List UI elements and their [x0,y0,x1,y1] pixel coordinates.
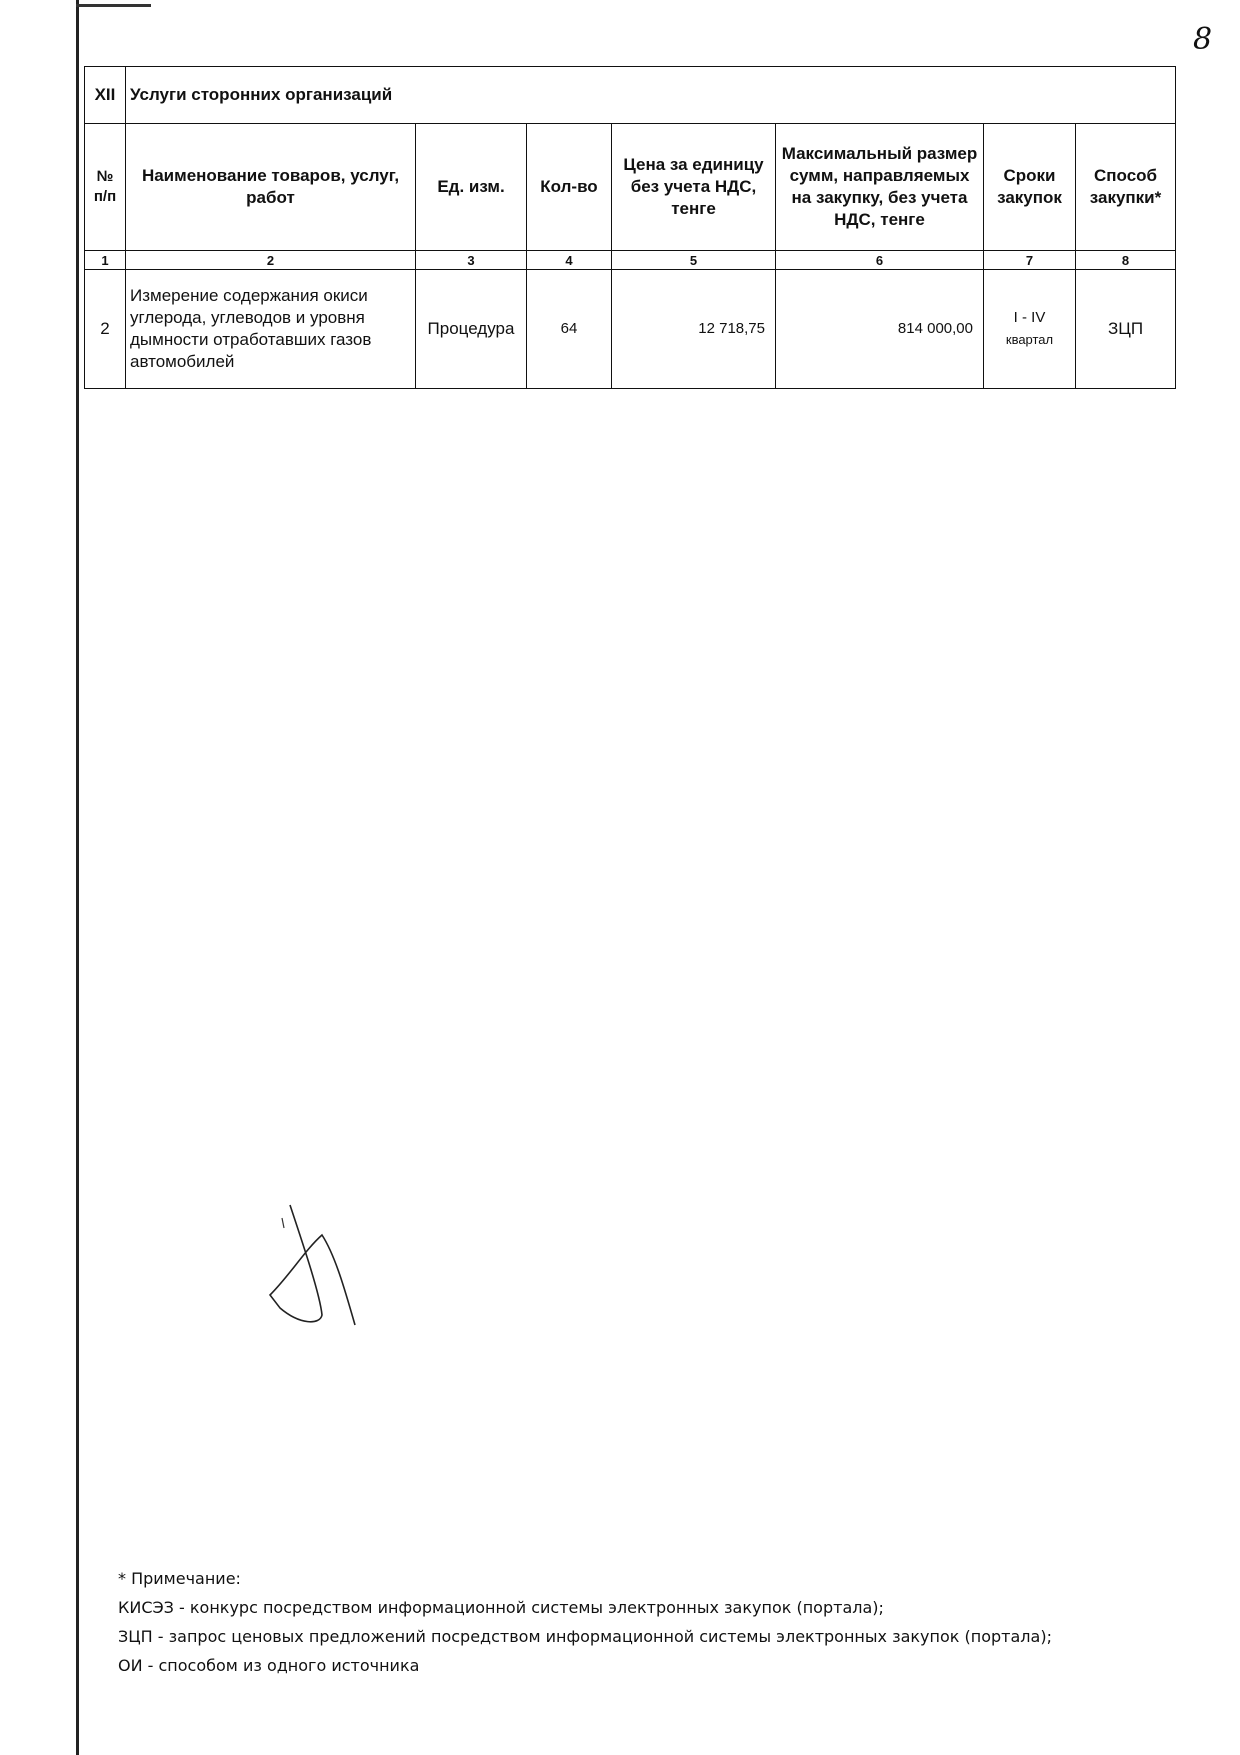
note-line: ЗЦП - запрос ценовых предложений посредс… [118,1622,1052,1651]
note-line: ОИ - способом из одного источника [118,1651,1052,1680]
signature [260,1200,370,1330]
header-unit-price: Цена за единицу без учета НДС, тенге [612,124,776,251]
notes-block: * Примечание: КИСЭЗ - конкурс посредство… [118,1564,1052,1680]
section-number: XII [85,67,126,124]
binding-edge [76,0,79,1755]
period-unit: квартал [988,329,1071,351]
row-unit: Процедура [416,270,527,389]
row-method: ЗЦП [1076,270,1176,389]
period-range: I - IV [988,307,1071,329]
column-number: 6 [776,251,984,270]
header-unit: Ед. изм. [416,124,527,251]
header-row: № п/п Наименование товаров, услуг, работ… [85,124,1176,251]
header-name: Наименование товаров, услуг, работ [126,124,416,251]
header-num: № п/п [85,124,126,251]
row-qty: 64 [527,270,612,389]
section-title: Услуги сторонних организаций [126,67,1176,124]
section-row: XII Услуги сторонних организаций [85,67,1176,124]
row-period: I - IV квартал [984,270,1076,389]
column-number: 1 [85,251,126,270]
column-number: 4 [527,251,612,270]
header-max-amount: Максимальный размер сумм, направляемых н… [776,124,984,251]
column-number: 7 [984,251,1076,270]
column-number: 3 [416,251,527,270]
row-num: 2 [85,270,126,389]
note-line: КИСЭЗ - конкурс посредством информационн… [118,1593,1052,1622]
table-row: 2 Измерение содержания окиси углерода, у… [85,270,1176,389]
header-period: Сроки закупок [984,124,1076,251]
column-number: 2 [126,251,416,270]
notes-title: * Примечание: [118,1564,1052,1593]
column-number: 8 [1076,251,1176,270]
procurement-table: XII Услуги сторонних организаций № п/п Н… [84,66,1176,389]
header-qty: Кол-во [527,124,612,251]
row-name: Измерение содержания окиси углерода, угл… [126,270,416,389]
page-number: 8 [1193,22,1212,57]
column-number: 5 [612,251,776,270]
row-unit-price: 12 718,75 [612,270,776,389]
header-method: Способ закупки* [1076,124,1176,251]
row-max-amount: 814 000,00 [776,270,984,389]
column-numbers-row: 1 2 3 4 5 6 7 8 [85,251,1176,270]
binding-top-edge [76,4,151,7]
